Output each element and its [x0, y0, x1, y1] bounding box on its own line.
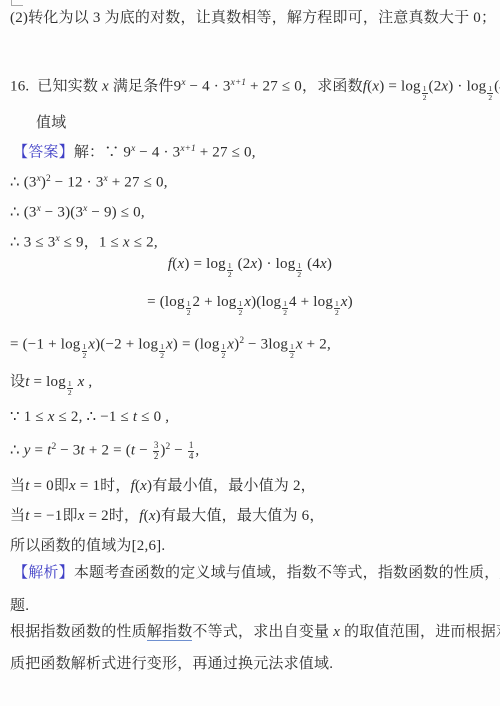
text-run: − 12 · 3: [51, 175, 104, 191]
fraction-denominator: 2: [334, 308, 340, 317]
stacked-fraction: 12: [82, 343, 88, 360]
math-variable: x: [69, 478, 76, 494]
fraction-numerator: 1: [82, 343, 88, 351]
text-run: 2 + log: [192, 294, 236, 310]
text-run: − 4 · 3: [135, 145, 180, 161]
text-run: ≤ 2, ∴ −1 ≤: [55, 409, 133, 425]
problem-16-statement: 16. 已知实数 x 满足条件9x − 4 · 3x+1 + 27 ≤ 0，求函…: [10, 73, 500, 101]
text-run: = 0即: [30, 478, 69, 494]
text-run: ≤ 0 ,: [137, 409, 169, 425]
fraction-numerator: 1: [67, 380, 73, 388]
text-run: = (log: [147, 294, 185, 310]
fraction-numerator: 1: [159, 343, 165, 351]
stacked-fraction: 12: [237, 300, 243, 317]
text-run: ≤ 2,: [130, 235, 158, 251]
text-run: 4 + log: [289, 294, 333, 310]
math-solution-document: (2)转化为以 3 为底的对数，让真数相等，解方程即可，注意真数大于 0；16.…: [0, 0, 500, 706]
answer-eq-fx: f(x) = log12 (2x) · log12 (4x): [0, 254, 500, 279]
fraction-denominator: 2: [82, 351, 88, 360]
text-run: ∴ (3: [10, 175, 37, 191]
section-label: 【解析】: [13, 565, 74, 581]
text-run: + 2 = (: [85, 443, 131, 459]
text-run: −: [135, 443, 152, 459]
text-run: ∴: [10, 443, 24, 459]
fraction-numerator: 1: [296, 262, 302, 270]
analysis-line-1: 【解析】本题考查函数的定义域与值域，指数不等式，指数函数的性质，属于中档: [13, 563, 500, 584]
text-run: )(log: [251, 294, 281, 310]
text-run: ≤ 9，1 ≤: [60, 235, 123, 251]
answer-substitution: 设t = log12 x ,: [10, 372, 92, 397]
stacked-fraction: 12: [67, 380, 73, 397]
fraction-numerator: 1: [188, 441, 195, 450]
stacked-fraction: 12: [159, 343, 165, 360]
fraction-numerator: 1: [334, 300, 340, 308]
stacked-fraction: 12: [186, 300, 192, 317]
stacked-fraction: 12: [221, 343, 227, 360]
stacked-fraction: 12: [282, 300, 288, 317]
math-variable: x: [296, 337, 303, 353]
text-run: 当: [10, 478, 25, 494]
text-run: = (−1 + log: [10, 337, 81, 353]
stacked-fraction: 12: [487, 85, 493, 102]
answer-eq-expanded: = (log122 + log12x)(log124 + log12x): [0, 292, 500, 317]
fraction-denominator: 2: [186, 308, 192, 317]
fraction-numerator: 3: [153, 441, 160, 450]
answer-range-t: ∵ 1 ≤ x ≤ 2, ∴ −1 ≤ t ≤ 0 ,: [10, 407, 169, 428]
fraction-numerator: 1: [237, 300, 243, 308]
text-run: (2)转化为以 3 为底的对数，让真数相等，解方程即可，注意真数大于 0；: [10, 10, 496, 26]
text-run: (2: [234, 256, 251, 272]
math-variable: x: [123, 235, 130, 251]
analysis-line-4: 质把函数解析式进行变形，再通过换元法求值域.: [10, 654, 333, 675]
fraction-numerator: 1: [227, 262, 233, 270]
fraction-denominator: 2: [227, 270, 233, 279]
math-variable: y: [24, 443, 31, 459]
problem-16-statement-cont: 值域: [36, 113, 66, 134]
text-run: 所以函数的值域为[2,6].: [10, 538, 165, 554]
fraction-numerator: 1: [487, 85, 493, 93]
text-run: ) = (log: [173, 337, 220, 353]
text-run: ∴ 3 ≤ 3: [10, 235, 55, 251]
fraction-numerator: 1: [282, 300, 288, 308]
analysis-line-2: 题.: [10, 596, 29, 617]
stacked-fraction: 12: [334, 300, 340, 317]
text-run: ,: [84, 374, 92, 390]
stacked-fraction: 12: [422, 85, 428, 102]
analysis-line-3: 根据指数函数的性质解指数不等式，求出自变量 x 的取值范围，进而根据对数运算性: [10, 622, 500, 643]
text-run: (4: [303, 256, 320, 272]
answer-max-value: 当t = −1即x = 2时，f(x)有最大值，最大值为 6，: [10, 506, 325, 527]
text-run: )有最小值，最小值为 2，: [147, 478, 316, 494]
fraction-denominator: 2: [153, 451, 160, 461]
math-variable: x: [166, 337, 173, 353]
text-run: 本题考查函数的定义域与值域，指数不等式，指数函数的性质，属于中档: [74, 565, 500, 581]
fraction-denominator: 2: [487, 93, 493, 102]
fraction-numerator: 1: [186, 300, 192, 308]
answer-min-value: 当t = 0即x = 1时，f(x)有最小值，最小值为 2，: [10, 476, 316, 497]
math-variable: x: [149, 508, 156, 524]
fraction-numerator: 1: [289, 343, 295, 351]
text-run: 设: [10, 374, 25, 390]
fraction-denominator: 2: [296, 270, 302, 279]
fraction-denominator: 2: [422, 93, 428, 102]
text-run: + 27 ≤ 0,: [108, 175, 168, 191]
text-run: ∵ 1 ≤: [10, 409, 48, 425]
stacked-fraction: 12: [227, 262, 233, 279]
text-run: 16. 已知实数: [10, 79, 102, 95]
fraction-numerator: 1: [221, 343, 227, 351]
text-run: −: [170, 443, 187, 459]
math-variable: x: [320, 256, 327, 272]
fraction-denominator: 4: [188, 451, 195, 461]
text-run: =: [31, 443, 48, 459]
text-run: ) · log: [448, 79, 486, 95]
math-variable: x: [48, 409, 55, 425]
text-run: ) = log: [184, 256, 226, 272]
text-run: ) · log: [257, 256, 295, 272]
document-page: (2)转化为以 3 为底的对数，让真数相等，解方程即可，注意真数大于 0；16.…: [0, 0, 500, 706]
stacked-fraction: 32: [153, 441, 160, 461]
text-run: 值域: [36, 115, 66, 131]
text-run: ): [327, 256, 332, 272]
math-variable: x: [341, 294, 348, 310]
answer-step-factored: ∴ (3x − 3)(3x − 9) ≤ 0,: [10, 199, 145, 224]
text-run: (2: [429, 79, 442, 95]
text-run: + 27 ≤ 0，求函数: [246, 79, 363, 95]
stacked-fraction: 14: [188, 441, 195, 461]
fraction-denominator: 2: [289, 351, 295, 360]
fraction-denominator: 2: [159, 351, 165, 360]
math-variable: x: [140, 478, 147, 494]
section-label: 【答案】: [13, 145, 74, 161]
fraction-denominator: 2: [282, 308, 288, 317]
stacked-fraction: 12: [289, 343, 295, 360]
text-run: = 2时，: [85, 508, 140, 524]
note-line-2: (2)转化为以 3 为底的对数，让真数相等，解方程即可，注意真数大于 0；: [10, 8, 496, 29]
text-run: 根据指数函数的性质: [10, 624, 147, 640]
answer-step-quadratic: ∴ (3x)2 − 12 · 3x + 27 ≤ 0,: [10, 169, 168, 194]
text-run: 的取值范围，进而根据对数运算性: [340, 624, 500, 640]
text-run: ): [348, 294, 353, 310]
text-run: ) = log: [379, 79, 421, 95]
inline-link[interactable]: 解指数: [147, 624, 193, 641]
answer-step-condition: 【答案】解：∵ 9x − 4 · 3x+1 + 27 ≤ 0,: [13, 139, 256, 164]
text-run: + 27 ≤ 0,: [196, 145, 256, 161]
answer-step-range-x: ∴ 3 ≤ 3x ≤ 9，1 ≤ x ≤ 2,: [10, 229, 158, 254]
text-run: − 3)(3: [41, 205, 83, 221]
text-run: − 9) ≤ 0,: [87, 205, 144, 221]
text-run: + 2,: [303, 337, 331, 353]
fraction-denominator: 2: [221, 351, 227, 360]
text-run: − 4 · 3: [186, 79, 231, 95]
text-run: )(−2 + log: [95, 337, 158, 353]
math-variable: x: [78, 508, 85, 524]
text-run: − 3log: [244, 337, 288, 353]
answer-eq-simplified: = (−1 + log12x)(−2 + log12x) = (log12x)2…: [10, 331, 331, 359]
superscript: x+1: [231, 78, 246, 88]
fraction-denominator: 2: [67, 388, 73, 397]
text-run: ,: [195, 443, 199, 459]
text-run: 不等式，求出自变量: [192, 624, 333, 640]
text-run: (4: [494, 79, 500, 95]
superscript: x+1: [180, 144, 195, 154]
text-run: 解：∵ 9: [74, 145, 131, 161]
text-run: 当: [10, 508, 25, 524]
text-run: = −1即: [30, 508, 78, 524]
text-run: 质把函数解析式进行变形，再通过换元法求值域.: [10, 656, 333, 672]
answer-conclusion: 所以函数的值域为[2,6].: [10, 536, 165, 557]
fraction-denominator: 2: [237, 308, 243, 317]
text-run: ∴ (3: [10, 205, 37, 221]
text-run: 题.: [10, 598, 29, 614]
answer-vertex-form: ∴ y = t2 − 3t + 2 = (t − 32)2 − 14,: [10, 437, 199, 462]
text-run: 满足条件9: [109, 79, 181, 95]
text-run: − 3: [56, 443, 80, 459]
text-run: )有最大值，最大值为 6，: [156, 508, 325, 524]
stacked-fraction: 12: [296, 262, 302, 279]
fraction-numerator: 1: [422, 85, 428, 93]
math-variable: x: [102, 79, 109, 95]
text-run: = 1时，: [76, 478, 131, 494]
text-run: = log: [30, 374, 66, 390]
